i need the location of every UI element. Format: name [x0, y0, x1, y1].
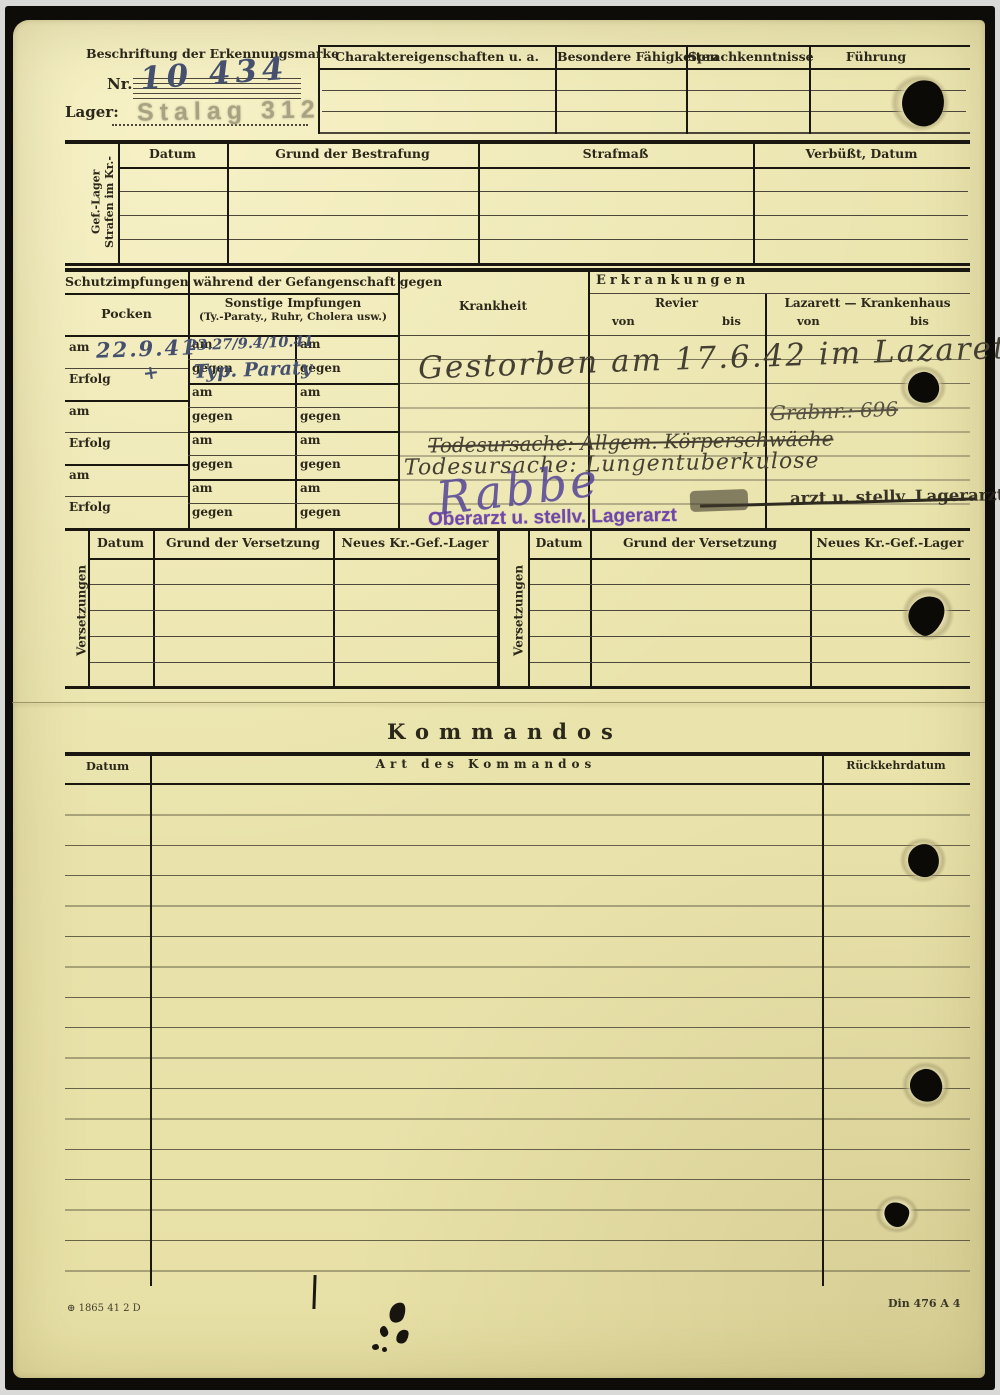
col-charaktereigenschaften: Charaktereigenschaften u. a. — [322, 50, 552, 64]
versetzungen-side-label-right: Versetzungen — [500, 540, 526, 680]
erfolg-label: Erfolg — [69, 437, 111, 450]
gegen-label: gegen — [300, 410, 341, 423]
rule — [753, 144, 755, 263]
rule — [530, 636, 970, 637]
punch-hole — [886, 70, 954, 136]
kommandos-col-datum: Datum — [65, 760, 150, 773]
strafen-col-grund: Grund der Bestrafung — [229, 147, 476, 161]
scanned-pow-record-card: Beschriftung der Erkennungsmarke Nr. 10 … — [0, 0, 1000, 1395]
versetzungen-side-label-left: Versetzungen — [63, 540, 89, 680]
rule — [530, 584, 970, 585]
lager-label: Lager: — [65, 104, 119, 121]
rule — [90, 662, 497, 663]
versetzungen-col-datum: Datum — [530, 536, 588, 550]
kommandos-col-art: Art des Kommandos — [150, 758, 822, 771]
rule — [120, 215, 968, 216]
rule — [478, 144, 480, 263]
punch-hole — [898, 583, 958, 645]
rule — [65, 432, 188, 433]
rule — [188, 431, 398, 433]
punch-hole — [896, 362, 950, 412]
rule — [65, 686, 970, 689]
erkrankungen-title: Erkrankungen — [596, 274, 749, 288]
gegen-label: gegen — [192, 506, 233, 519]
grave-number-handwritten: Grabnr.: 696 — [770, 397, 899, 425]
revier-von-label: von — [612, 315, 635, 328]
rule — [318, 45, 970, 47]
rule — [322, 111, 966, 112]
am-label: am — [192, 482, 212, 495]
gegen-label: gegen — [192, 410, 233, 423]
print-code-text: 1865 41 2 D — [79, 1303, 141, 1314]
versetzungen-col-datum: Datum — [90, 536, 151, 550]
am-label: am — [300, 482, 320, 495]
rule — [65, 268, 970, 272]
rule — [90, 636, 497, 637]
rule — [90, 610, 497, 611]
strafen-col-strafmass: Strafmaß — [480, 147, 751, 161]
rule — [227, 144, 229, 263]
rule — [188, 479, 398, 481]
am-label: am — [69, 405, 89, 418]
rule — [822, 756, 824, 1286]
am-label: am — [69, 341, 89, 354]
rule — [65, 464, 188, 466]
gegen-label: gegen — [192, 458, 233, 471]
impfungen-title: Schutzimpfungen während der Gefangenscha… — [65, 275, 398, 289]
rule — [88, 558, 497, 560]
rule — [120, 239, 968, 240]
gegen-label: gegen — [300, 458, 341, 471]
rule — [188, 407, 398, 408]
rule — [188, 383, 398, 385]
krankheit-label: Krankheit — [398, 300, 588, 313]
rule — [118, 144, 120, 263]
am-label: am — [69, 469, 89, 482]
col-besondere-faehigkeiten: Besondere Fähigkeiten — [557, 50, 684, 64]
strafen-side-label: Strafen im Kr.-Gef.-Lager — [66, 143, 116, 261]
col-sprachkenntnisse: Sprachkenntnisse — [688, 50, 807, 64]
pocken-label: Pocken — [65, 307, 188, 321]
revier-bis-label: bis — [722, 315, 741, 328]
paper-crease — [12, 702, 985, 703]
lazarett-label: Lazarett — Krankenhaus — [765, 297, 970, 310]
ink-blot — [372, 1344, 379, 1350]
rule — [65, 400, 188, 402]
lazarett-bis-label: bis — [910, 315, 929, 328]
sonstige-impfungen-sub: (Ty.-Paraty., Ruhr, Cholera usw.) — [190, 312, 396, 324]
punch-hole — [898, 1058, 954, 1112]
ruled-rows — [65, 785, 970, 1283]
din-code: Din 476 A 4 — [888, 1298, 960, 1310]
rule — [318, 132, 970, 134]
strafen-col-datum: Datum — [120, 147, 225, 161]
kommandos-col-rueckkehrdatum: Rückkehrdatum — [822, 760, 970, 772]
sonstige-type-handwritten: Typ. Paraty — [194, 357, 313, 383]
rule — [588, 293, 970, 294]
rule — [65, 140, 970, 144]
rule — [322, 90, 966, 91]
versetzungen-col-grund: Grund der Versetzung — [155, 536, 331, 550]
kommandos-title: Kommandos — [355, 720, 655, 743]
am-label: am — [192, 386, 212, 399]
revier-label: Revier — [588, 297, 765, 310]
rule — [65, 752, 970, 756]
versetzungen-col-neues-lager: Neues Kr.-Gef.-Lager — [812, 536, 968, 550]
printer-mark-icon: ⊕ — [67, 1303, 75, 1314]
punch-hole — [896, 834, 950, 886]
erfolg-label: Erfolg — [69, 501, 111, 514]
rule — [120, 191, 968, 192]
versetzungen-col-grund: Grund der Versetzung — [592, 536, 808, 550]
rule — [318, 68, 970, 70]
ink-blot — [382, 1347, 387, 1352]
stalag-stamp: Stalag 312 — [137, 95, 321, 127]
rule — [65, 783, 970, 785]
erfolg-label: Erfolg — [69, 373, 111, 386]
rule — [118, 167, 970, 169]
rule — [528, 558, 970, 560]
rule — [530, 662, 970, 663]
strafen-col-verbuesst: Verbüßt, Datum — [755, 147, 968, 161]
rule — [150, 756, 152, 1286]
rule — [188, 503, 398, 504]
col-fuehrung: Führung — [811, 50, 941, 64]
rule — [90, 584, 497, 585]
crossed-stamp: arzt u. stellv. Lagerarzt — [790, 485, 1000, 508]
rule — [188, 455, 398, 456]
nr-label: Nr. — [107, 76, 132, 93]
print-code: ⊕ 1865 41 2 D — [67, 1303, 141, 1314]
rule — [765, 294, 767, 528]
rule — [65, 496, 188, 497]
punch-hole-torn — [872, 1192, 922, 1236]
rule — [65, 293, 398, 295]
rule — [65, 368, 188, 369]
pocken-date-handwritten: 22.9.41 — [96, 334, 198, 363]
oberarzt-stamp: Oberarzt u. stellv. Lagerarzt — [428, 505, 677, 531]
pocken-erfolg-handwritten: + — [142, 361, 161, 385]
gegen-label: gegen — [300, 506, 341, 519]
ink-smudge — [690, 489, 749, 512]
am-label: am — [300, 434, 320, 447]
am-label: am — [300, 386, 320, 399]
rule — [65, 263, 970, 266]
rule — [188, 272, 190, 528]
versetzungen-col-neues-lager: Neues Kr.-Gef.-Lager — [335, 536, 495, 550]
lazarett-von-label: von — [797, 315, 820, 328]
am-label: am — [192, 434, 212, 447]
sonstige-impfungen-label: Sonstige Impfungen — [190, 297, 396, 310]
